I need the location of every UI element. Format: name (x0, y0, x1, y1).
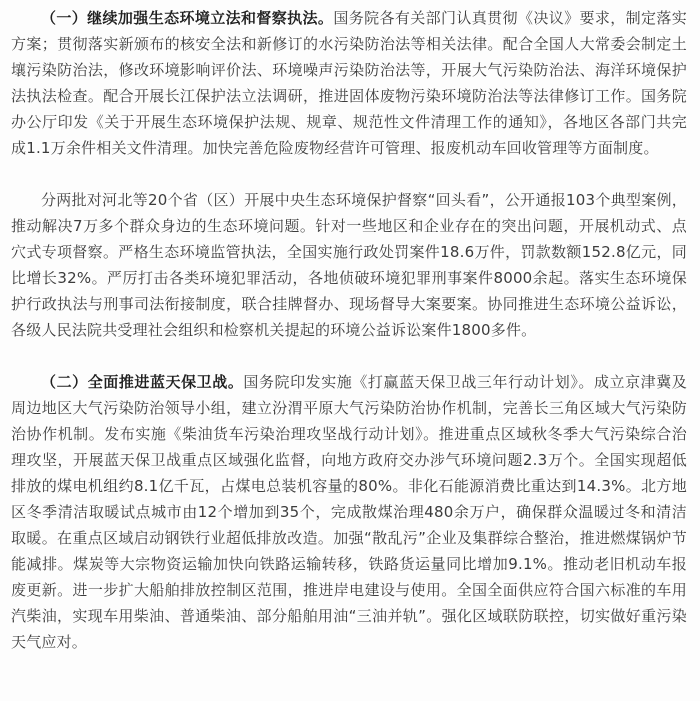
paragraph-body-3: 国务院印发实施《打赢蓝天保卫战三年行动计划》。成立京津冀及周边地区大气污染防治领… (11, 373, 687, 651)
paragraph-body-1: 国务院各有关部门认真贯彻《决议》要求，制定落实方案；贯彻落实新颁布的核安全法和新… (11, 9, 687, 157)
paragraph-legislation-supervision: （一）继续加强生态环境立法和督察执法。国务院各有关部门认真贯彻《决议》要求，制定… (11, 5, 687, 161)
paragraph-body-2: 分两批对河北等20个省（区）开展中央生态环境保护督察“回头看”，公开通报103个… (11, 191, 687, 339)
section-heading-3: （二）全面推进蓝天保卫战。 (41, 373, 243, 391)
section-heading-1: （一）继续加强生态环境立法和督察执法。 (41, 9, 333, 27)
paragraph-blue-sky-campaign: （二）全面推进蓝天保卫战。国务院印发实施《打赢蓝天保卫战三年行动计划》。成立京津… (11, 369, 687, 655)
paragraph-inspection-enforcement: 分两批对河北等20个省（区）开展中央生态环境保护督察“回头看”，公开通报103个… (11, 187, 687, 343)
document-page: （一）继续加强生态环境立法和督察执法。国务院各有关部门认真贯彻《决议》要求，制定… (0, 0, 700, 701)
